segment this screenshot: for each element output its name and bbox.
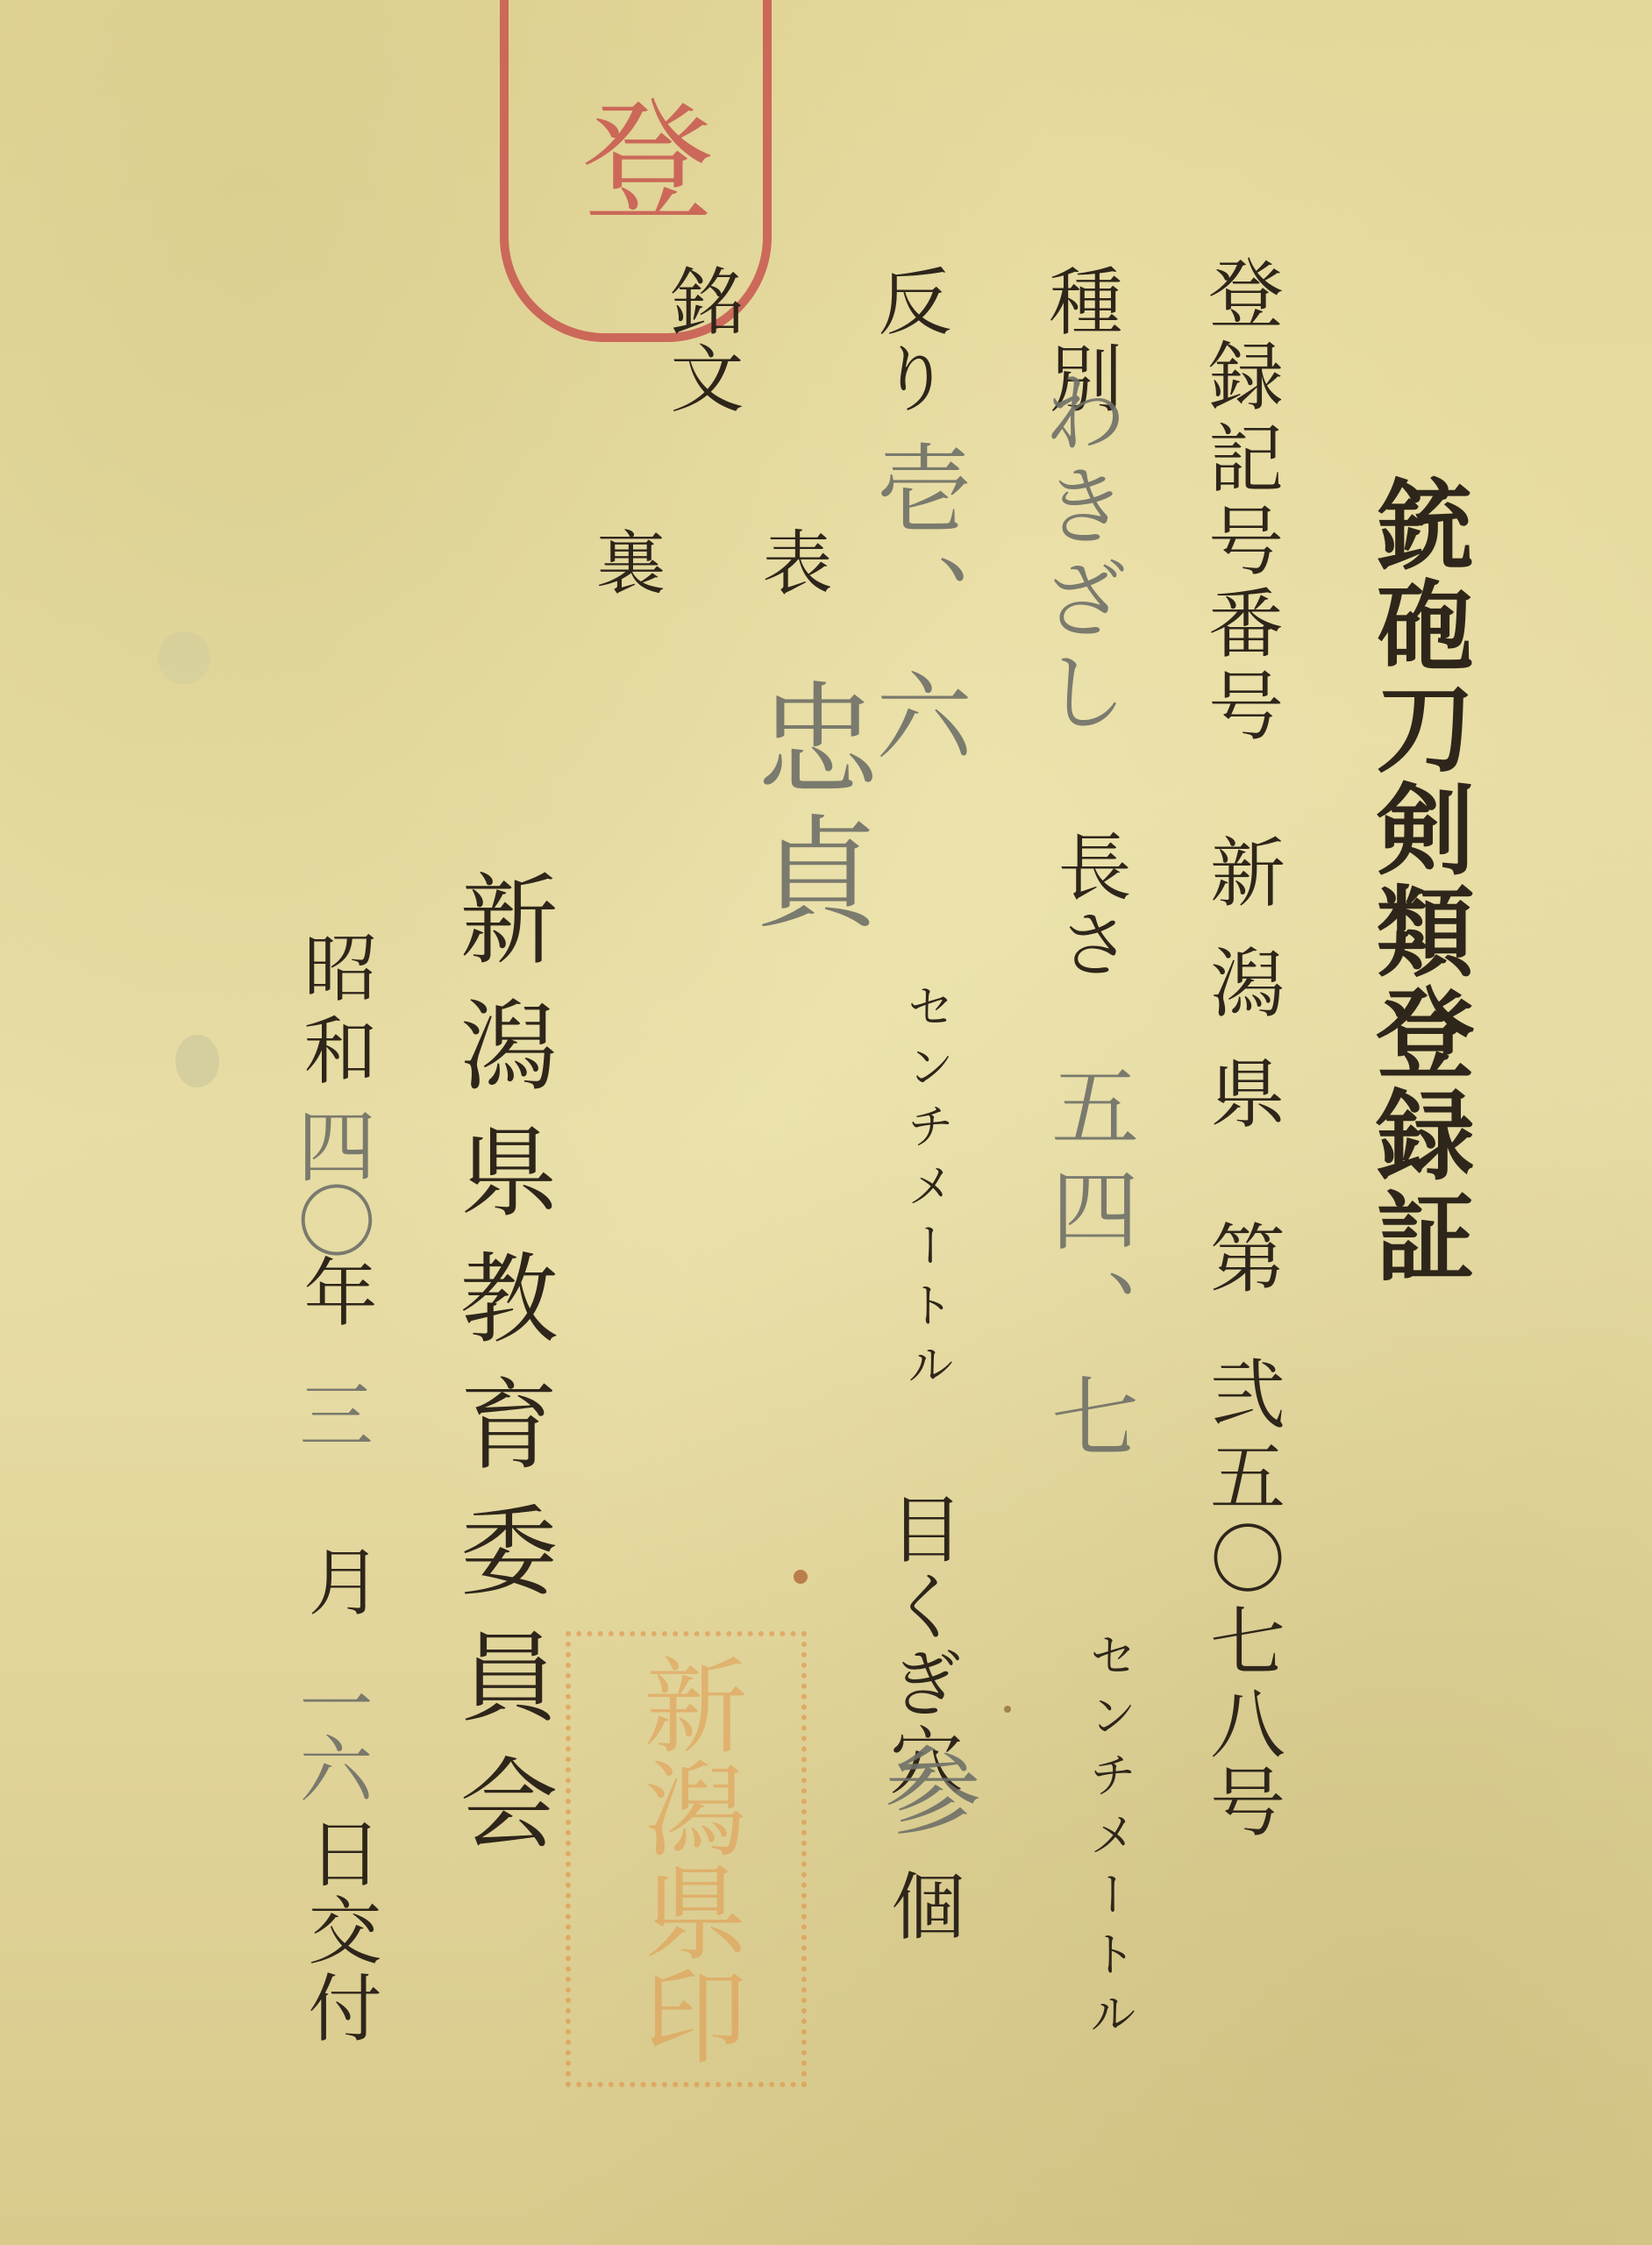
inscription-label: 銘文 [665, 263, 738, 417]
inscription-front-label: 表 [756, 526, 826, 596]
registration-suffix: 号 [1203, 1763, 1278, 1838]
issue-date-month: 三 [294, 1377, 367, 1450]
length-value: 五四、七 [1043, 1061, 1131, 1475]
issue-date-month-label: 月 [303, 1543, 376, 1617]
registration-number: 弐五〇七八 [1203, 1355, 1278, 1767]
document-title: 銃砲刀剣類登録証 [1368, 474, 1466, 1287]
issue-date-year-label: 年 [298, 1254, 372, 1328]
issue-date-day: 一六 [294, 1666, 367, 1796]
issuer-name: 新潟県教育委員会 [452, 868, 550, 1878]
curvature-label: 反り [872, 263, 946, 417]
official-seal-glyphs: 新潟県印 [571, 1636, 801, 2082]
paper-stain [175, 1035, 219, 1087]
inscription-back-label: 裏 [589, 526, 659, 596]
issue-date-era: 昭和 [298, 930, 372, 1094]
inscription-front-value: 忠貞 [745, 675, 868, 942]
curvature-value: 壱、六 [868, 438, 965, 780]
registration-prefix: 第 [1203, 1219, 1278, 1294]
length-label: 長さ [1052, 829, 1126, 983]
type-value: わきざし [1035, 368, 1121, 740]
issue-date-year: 四〇 [289, 1105, 368, 1256]
mekugi-holes-value: 参 [877, 1741, 973, 1837]
paper-stain [794, 1570, 808, 1584]
paper-stain [1004, 1706, 1011, 1713]
registration-number-label: 登録記号番号 [1201, 254, 1277, 749]
paper-stain [158, 631, 210, 684]
mekugi-holes-unit: 個 [886, 1868, 959, 1942]
official-issuer-seal: 新潟県印 [566, 1631, 807, 2087]
length-unit: センチメートル [1086, 1631, 1133, 2049]
registration-prefecture: 新潟県 [1203, 833, 1278, 1165]
issue-date-day-label: 日交付 [303, 1815, 376, 2047]
curvature-unit: センチメートル [903, 982, 951, 1400]
